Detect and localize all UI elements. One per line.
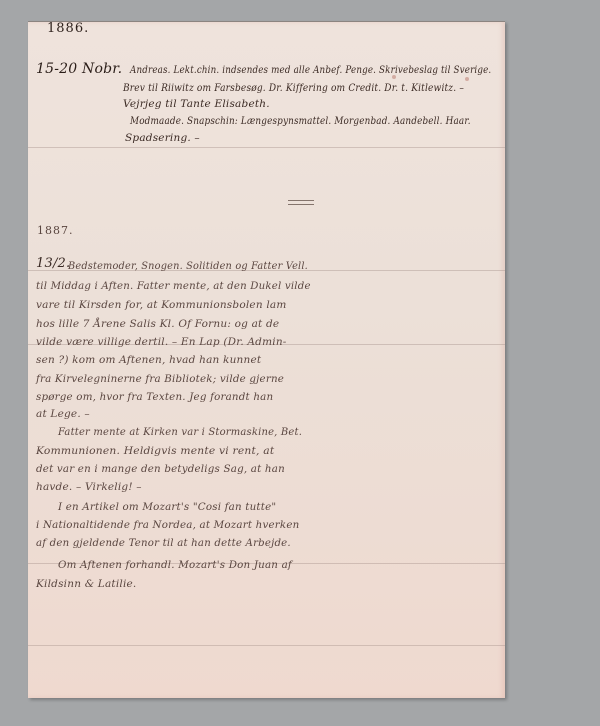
entry-line: Kildsinn & Latilie. xyxy=(36,578,136,590)
entry-line: Vejrjeg til Tante Elisabeth. xyxy=(123,98,270,110)
entry-line: Om Aftenen forhandl. Mozart's Don Juan a… xyxy=(58,559,292,571)
entry-line: hos lille 7 Årene Salis Kl. Of Fornu: og… xyxy=(36,318,279,330)
entry-line: Kommunionen. Heldigvis mente vi rent, at xyxy=(36,445,274,457)
rule-line xyxy=(28,645,505,646)
year-heading-1887: 1887. xyxy=(37,224,74,237)
entry-date-1886: 15-20 Nobr. xyxy=(36,61,122,77)
entry-line: i Nationaltidende fra Nordea, at Mozart … xyxy=(36,519,299,531)
entry-line: Fatter mente at Kirken var i Stormaskine… xyxy=(58,426,302,438)
entry-line: spørge om, hvor fra Texten. Jeg forandt … xyxy=(36,391,273,403)
foxing-spot xyxy=(465,77,469,81)
entry-line: Brev til Riiwitz om Farsbesøg. Dr. Kiffe… xyxy=(123,82,464,94)
entry-line: havde. – Virkelig! – xyxy=(36,481,142,493)
entry-line: Spadsering. – xyxy=(125,132,200,144)
entry-line: til Middag i Aften. Fatter mente, at den… xyxy=(36,280,311,292)
entry-line: sen ?) kom om Aftenen, hvad han kunnet xyxy=(36,354,261,366)
year-heading-1886: 1886. xyxy=(47,21,89,36)
entry-line: det var en i mange den betydeligs Sag, a… xyxy=(36,463,285,475)
entry-line: vare til Kirsden for, at Kommunionsbolen… xyxy=(36,299,287,311)
entry-line: Modmaade. Snapschin: Længespynsmattel. M… xyxy=(130,115,471,127)
entry-line: I en Artikel om Mozart's "Cosi fan tutte… xyxy=(58,501,276,513)
section-divider xyxy=(288,200,314,205)
notebook-page: 1886. 15-20 Nobr. Andreas. Lekt.chin. in… xyxy=(28,21,505,698)
entry-line: fra Kirvelegninerne fra Bibliotek; vilde… xyxy=(36,373,284,385)
rule-line xyxy=(28,147,505,148)
entry-line: vilde være villige dertil. – En Lap (Dr.… xyxy=(36,336,287,348)
entry-line: Bedstemoder, Snogen. Solitiden og Fatter… xyxy=(68,260,308,272)
entry-line: at Lege. – xyxy=(36,408,90,420)
entry-line: af den gjeldende Tenor til at han dette … xyxy=(36,537,291,549)
entry-line: Andreas. Lekt.chin. indsendes med alle A… xyxy=(130,64,491,76)
entry-date-1887: 13/2. xyxy=(36,256,70,271)
